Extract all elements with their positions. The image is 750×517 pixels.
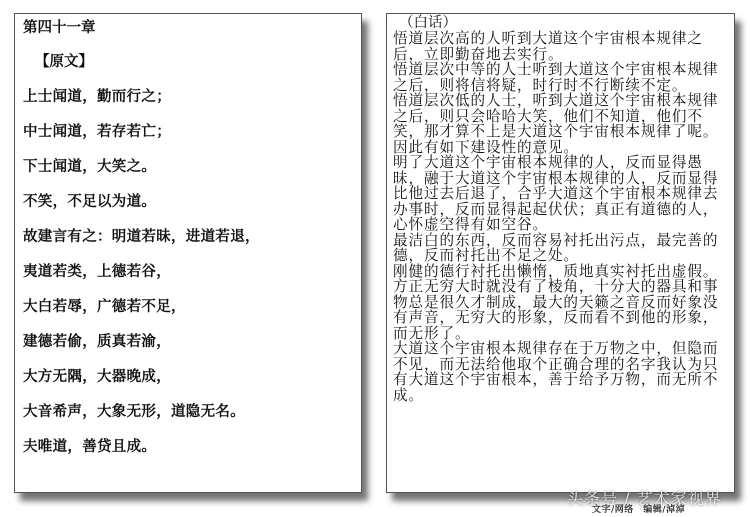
original-text-panel: 第四十一章 【原文】 上士闻道，勤而行之； 中士闻道，若存若亡； 下士闻道，大笑…	[14, 13, 362, 493]
verse-line: 上士闻道，勤而行之；	[23, 87, 361, 107]
translation-paragraph: 因此有如下建设性的意见。	[393, 140, 731, 156]
verse-line: 下士闻道，大笑之。	[23, 157, 361, 177]
credit-line: 文字/网络 编辑/淖淖	[592, 502, 685, 515]
original-text-label: 【原文】	[35, 52, 361, 72]
verse-line: 夫唯道，善贷且成。	[23, 437, 361, 457]
translation-paragraph: 刚健的德行衬托出懒惰，质地真实衬托出虚假。	[393, 264, 731, 280]
verse-line: 故建言有之：明道若昧，进道若退，	[23, 227, 361, 247]
chapter-title: 第四十一章	[23, 18, 361, 38]
verse-line: 夷道若类，上德若谷，	[23, 262, 361, 282]
translation-paragraph: 悟道层次中等的人士听到大道这个宇宙根本规律之后，则将信将疑，时行时不行断续不定。	[393, 62, 731, 93]
translation-paragraph: 悟道层次高的人听到大道这个宇宙根本规律之后，立即勤奋地去实行。	[393, 31, 731, 62]
translation-paragraph: 明了大道这个宇宙根本规律的人，反而显得愚昧，融于大道这个宇宙根本规律的人，反而显…	[393, 155, 731, 233]
translation-paragraph: 方正无穷大时就没有了棱角，十分大的器具和事物总是很久才制成，最大的天籁之音反而好…	[393, 279, 731, 341]
translation-panel: （白话） 悟道层次高的人听到大道这个宇宙根本规律之后，立即勤奋地去实行。 悟道层…	[386, 13, 735, 493]
verse-line: 建德若偷，质真若渝，	[23, 332, 361, 352]
verse-line: 大音希声，大象无形，道隐无名。	[23, 402, 361, 422]
translation-paragraph: 最洁白的东西，反而容易衬托出污点，最完善的德，反而衬托出不足之处。	[393, 233, 731, 264]
translation-paragraph: 悟道层次低的人士，听到大道这个宇宙根本规律之后，则只会哈哈大笑，他们不知道，他们…	[393, 93, 731, 140]
translation-label: （白话）	[399, 16, 734, 31]
translation-paragraph: 大道这个宇宙根本规律存在于万物之中，但隐而不见，而无法给他取个正确合理的名字我认…	[393, 341, 731, 403]
verse-line: 不笑，不足以为道。	[23, 192, 361, 212]
verse-line: 中士闻道，若存若亡；	[23, 122, 361, 142]
verse-line: 大白若辱，广德若不足，	[23, 297, 361, 317]
verse-line: 大方无隅，大器晚成，	[23, 367, 361, 387]
